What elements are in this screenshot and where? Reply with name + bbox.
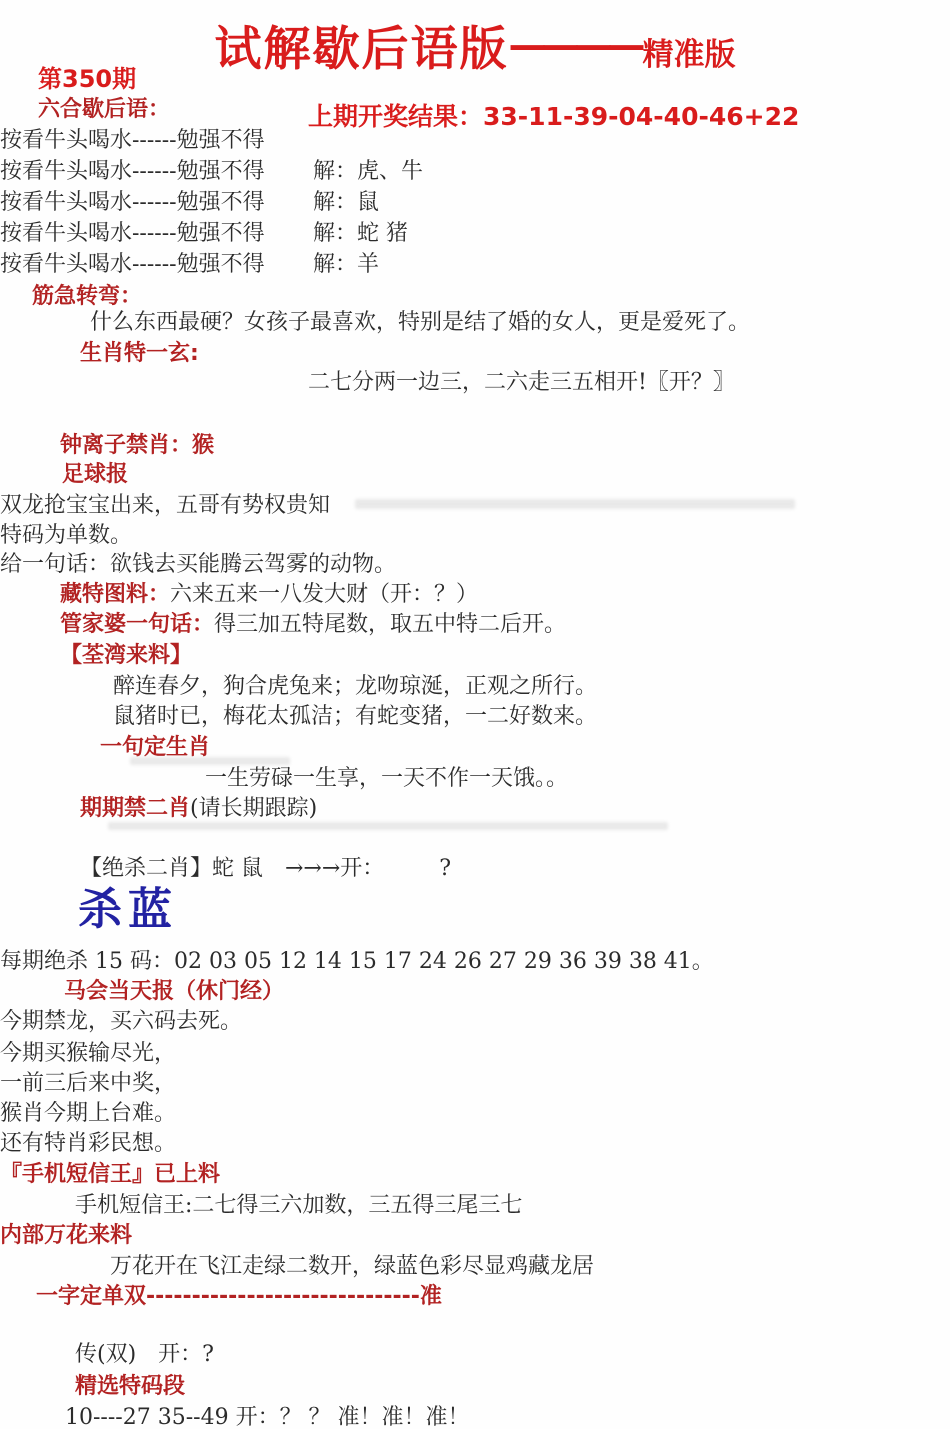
zhonglizi-line: 钟离子禁肖：猴 — [60, 432, 214, 460]
riddle-text: 按看牛头喝水------勉强不得 — [0, 252, 265, 277]
teaser-text: 什么东西最硬？女孩子最喜欢，特别是结了婚的女人，更是爱死了。 — [90, 309, 750, 337]
riddle-answer: 解：虎、牛 — [313, 158, 423, 186]
lottery-tip-sheet: 试解歇后语版————精准版 第350期 六合歇后语： 上期开奖结果：33-11-… — [0, 0, 950, 1429]
teaser-heading: 筋急转弯： — [32, 283, 142, 311]
jingxuan-text: 10----27 35--49 开：？ ？ 准！准！准！ — [65, 1404, 470, 1429]
cangte-text: 六来五来一八发大财（开：？） — [170, 582, 478, 607]
shalan-banner: 杀蓝 — [78, 882, 178, 937]
jingxuan-heading: 精选特码段 — [75, 1373, 185, 1401]
shengxiao-heading: 生肖特一玄: — [80, 340, 199, 368]
juesha-line: 【绝杀二肖】蛇 鼠 →→→开： ? — [80, 855, 451, 883]
riddle-answer: 解：羊 — [313, 251, 379, 279]
shengxiao-text: 二七分两一边三，二六走三五相开!〖开？〗 — [308, 369, 735, 397]
mahui-line3: 一前三后来中奖， — [0, 1070, 176, 1098]
mahui-line1: 今期禁龙，买六码去死。 — [0, 1008, 242, 1036]
sms-text: 手机短信王:二七得三六加数，三五得三尾三七 — [75, 1192, 522, 1220]
scan-artifact — [355, 499, 795, 509]
riddle-text: 按看牛头喝水------勉强不得 — [0, 159, 265, 184]
zuqiubao-heading: 足球报 — [62, 461, 128, 489]
riddle-row: 按看牛头喝水------勉强不得 解：蛇 猪 — [0, 220, 950, 248]
wanhua-text: 万花开在飞江走绿二数开，绿蓝色彩尽显鸡藏龙居 — [110, 1253, 594, 1281]
meiqi-line: 每期绝杀 15 码：02 03 05 12 14 15 17 24 26 27 … — [0, 948, 714, 976]
zuqiubao-line2: 特码为单数。 — [0, 522, 132, 550]
mahui-line2: 今期买猴输尽光， — [0, 1040, 176, 1068]
cangte-label: 藏特图料： — [60, 582, 170, 607]
yiju-text: 一生劳碌一生享，一天不作一天饿。。 — [205, 765, 568, 793]
cangte-line: 藏特图料：六来五来一八发大财（开：？） — [60, 581, 478, 609]
yizi-line: 一字定单双------------------------------准 — [36, 1283, 442, 1311]
scan-artifact — [130, 757, 290, 765]
riddle-answer: 解：鼠 — [313, 189, 379, 217]
riddle-row: 按看牛头喝水------勉强不得 解：虎、牛 — [0, 158, 950, 186]
issue-number: 第350期 — [38, 64, 136, 94]
wanhua-heading: 内部万花来料 — [0, 1222, 132, 1250]
mahui-heading: 马会当天报（休门经） — [64, 978, 284, 1006]
qiqi-label: 期期禁二肖 — [80, 796, 190, 821]
zuqiubao-line1: 双龙抢宝宝出来，五哥有势权贵知 — [0, 492, 330, 520]
riddle-text: 按看牛头喝水------勉强不得 — [0, 128, 265, 153]
scan-artifact — [108, 822, 668, 830]
title-main: 试解歇后语版 — [215, 22, 509, 77]
quanwan-heading: 【荃湾来料】 — [60, 642, 192, 670]
riddle-row: 按看牛头喝水------勉强不得 — [0, 127, 950, 155]
mahui-line5: 还有特肖彩民想。 — [0, 1130, 176, 1158]
riddle-text: 按看牛头喝水------勉强不得 — [0, 190, 265, 215]
guanjiapo-text: 得三加五特尾数，取五中特二后开。 — [214, 612, 566, 637]
page-title: 试解歇后语版————精准版 — [0, 12, 950, 79]
quanwan-line1: 醉连春夕，狗合虎兔来；龙吻琼涎，正观之所行。 — [113, 673, 597, 701]
mahui-line4: 猴肖今期上台难。 — [0, 1100, 176, 1128]
sms-heading: 『手机短信王』已上料 — [0, 1161, 220, 1189]
riddle-text: 按看牛头喝水------勉强不得 — [0, 221, 265, 246]
title-suffix: 精准版 — [643, 37, 736, 73]
title-dash: ———— — [509, 23, 641, 67]
guanjiapo-line: 管家婆一句话：得三加五特尾数，取五中特二后开。 — [60, 611, 566, 639]
xiehouyu-heading: 六合歇后语： — [38, 96, 170, 124]
riddle-row: 按看牛头喝水------勉强不得 解：羊 — [0, 251, 950, 279]
chuan-line: 传(双) 开：? — [75, 1341, 214, 1369]
qiqi-line: 期期禁二肖(请长期跟踪) — [80, 795, 317, 823]
zuqiubao-line3: 给一句话：欲钱去买能腾云驾雾的动物。 — [0, 551, 396, 579]
quanwan-line2: 鼠猪时已，梅花太孤洁；有蛇变猪，一二好数来。 — [113, 703, 597, 731]
qiqi-note: (请长期跟踪) — [190, 796, 317, 821]
riddle-answer: 解：蛇 猪 — [313, 220, 408, 248]
riddle-row: 按看牛头喝水------勉强不得 解：鼠 — [0, 189, 950, 217]
guanjiapo-label: 管家婆一句话： — [60, 612, 214, 637]
